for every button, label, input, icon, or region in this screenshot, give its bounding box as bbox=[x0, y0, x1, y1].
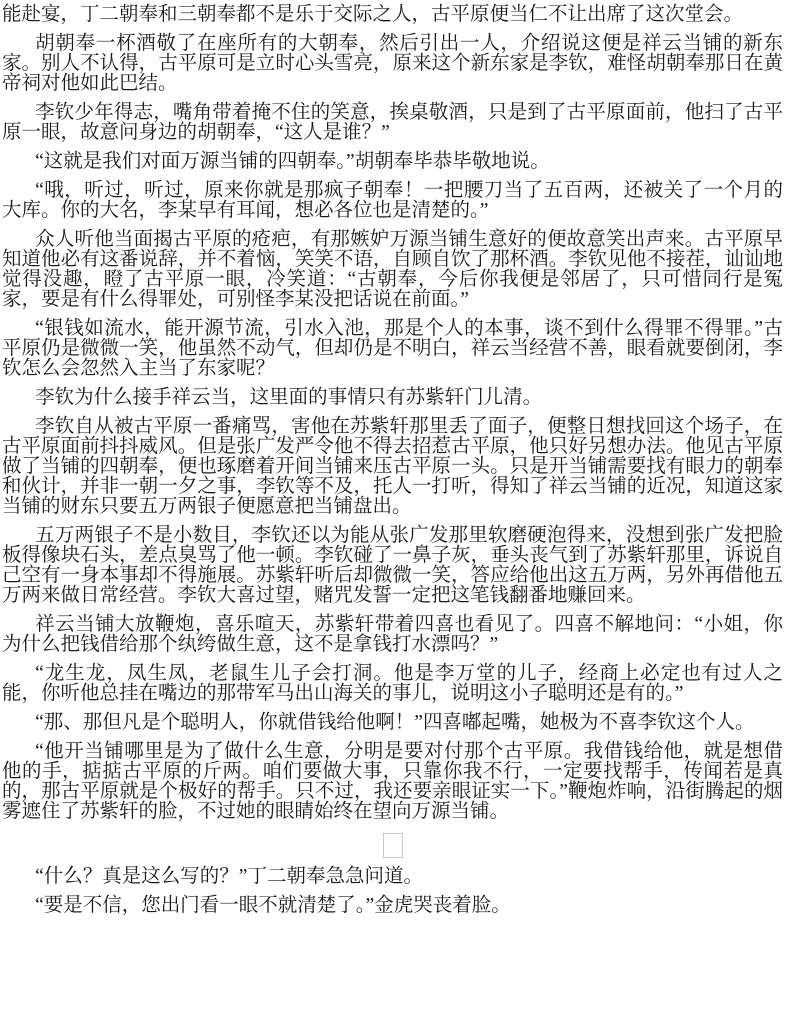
paragraph: 李钦为什么接手祥云当，这里面的事情只有苏紫轩门儿清。 bbox=[2, 388, 783, 408]
paragraph: “龙生龙，凤生凤，老鼠生儿子会打洞。他是李万堂的儿子，经商上必定也有过人之能，你… bbox=[2, 664, 783, 704]
page-content: 能赴宴，丁二朝奉和三朝奉都不是乐于交际之人，古平原便当仁不让出席了这次堂会。胡朝… bbox=[0, 0, 791, 1024]
paragraph: 胡朝奉一杯酒敬了在座所有的大朝奉，然后引出一人，介绍说这便是祥云当铺的新东家。别… bbox=[2, 34, 783, 94]
section-divider bbox=[2, 833, 783, 858]
paragraph: “哦，听过，听过，原来你就是那疯子朝奉！一把腰刀当了五百两，还被关了一个月的大库… bbox=[2, 181, 783, 221]
paragraph: 李钦自从被古平原一番痛骂，害他在苏紫轩那里丢了面子，便整日想找回这个场子，在古平… bbox=[2, 417, 783, 517]
paragraph: “要是不信，您出门看一眼不就清楚了。”金虎哭丧着脸。 bbox=[2, 896, 783, 916]
paragraph: “银钱如流水，能开源节流，引水入池，那是个人的本事，谈不到什么得罪不得罪。”古平… bbox=[2, 319, 783, 379]
paragraph: “什么？真是这么写的？”丁二朝奉急急问道。 bbox=[2, 867, 783, 887]
paragraph: “那、那但凡是个聪明人，你就借钱给他啊！”四喜嘟起嘴，她极为不喜李钦这个人。 bbox=[2, 713, 783, 733]
paragraph: 众人听他当面揭古平原的疮疤，有那嫉妒万源当铺生意好的便故意笑出声来。古平原早知道… bbox=[2, 230, 783, 310]
paragraph: 能赴宴，丁二朝奉和三朝奉都不是乐于交际之人，古平原便当仁不让出席了这次堂会。 bbox=[2, 5, 783, 25]
paragraph: 五万两银子不是小数目，李钦还以为能从张广发那里软磨硬泡得来，没想到张广发把脸板得… bbox=[2, 526, 783, 606]
paragraph: 李钦少年得志，嘴角带着掩不住的笑意，挨桌敬酒，只是到了古平原面前，他扫了古平原一… bbox=[2, 103, 783, 143]
paragraph: 祥云当铺大放鞭炮，喜乐喧天，苏紫轩带着四喜也看见了。四喜不解地问：“小姐，你为什… bbox=[2, 615, 783, 655]
missing-glyph-box bbox=[383, 833, 403, 858]
paragraph: “他开当铺哪里是为了做什么生意，分明是要对付那个古平原。我借钱给他，就是想借他的… bbox=[2, 742, 783, 822]
paragraph: “这就是我们对面万源当铺的四朝奉。”胡朝奉毕恭毕敬地说。 bbox=[2, 152, 783, 172]
